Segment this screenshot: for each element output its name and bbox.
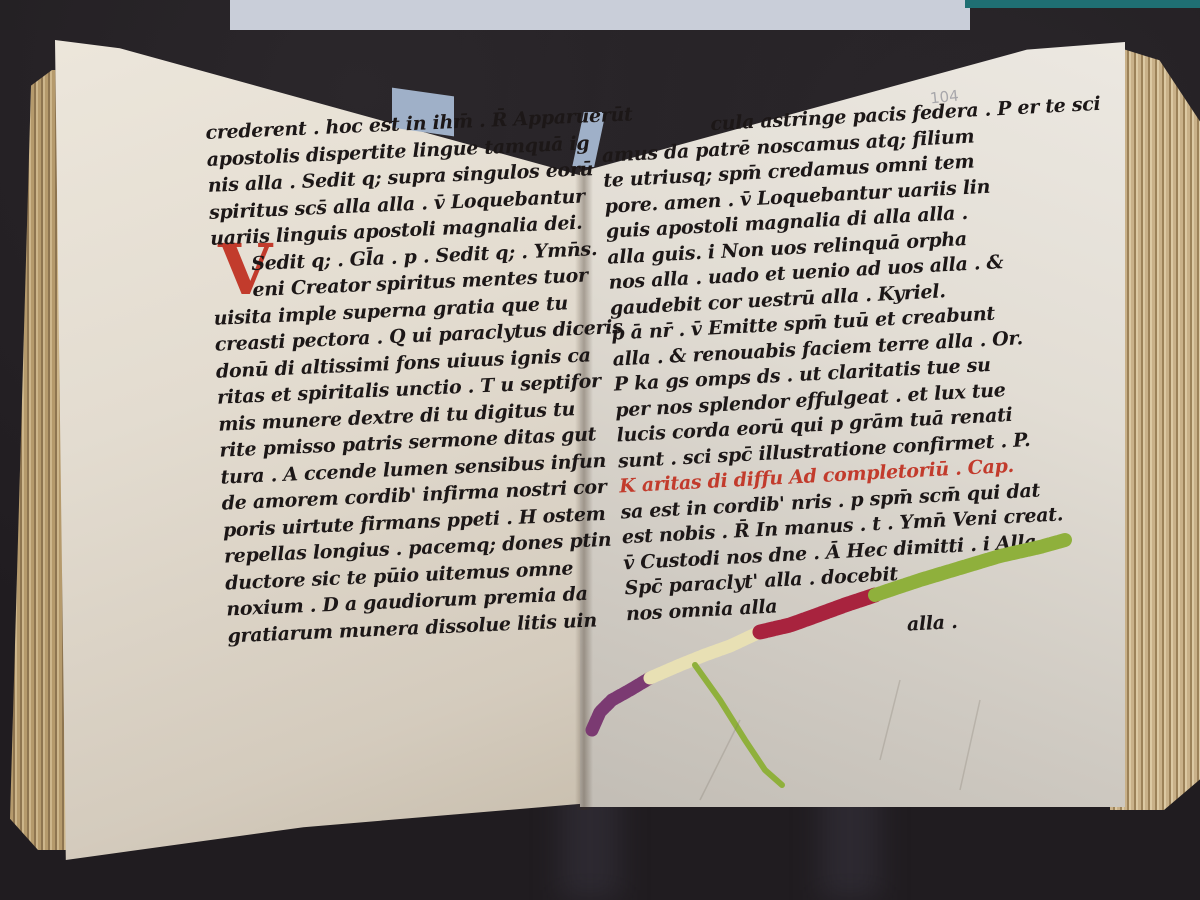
green-stem-thread	[695, 665, 782, 785]
silk-thread-repair	[0, 0, 1200, 900]
purple-thread	[592, 678, 650, 730]
crimson-thread	[760, 595, 875, 632]
green-thread	[875, 540, 1065, 595]
cream-thread	[650, 632, 760, 678]
